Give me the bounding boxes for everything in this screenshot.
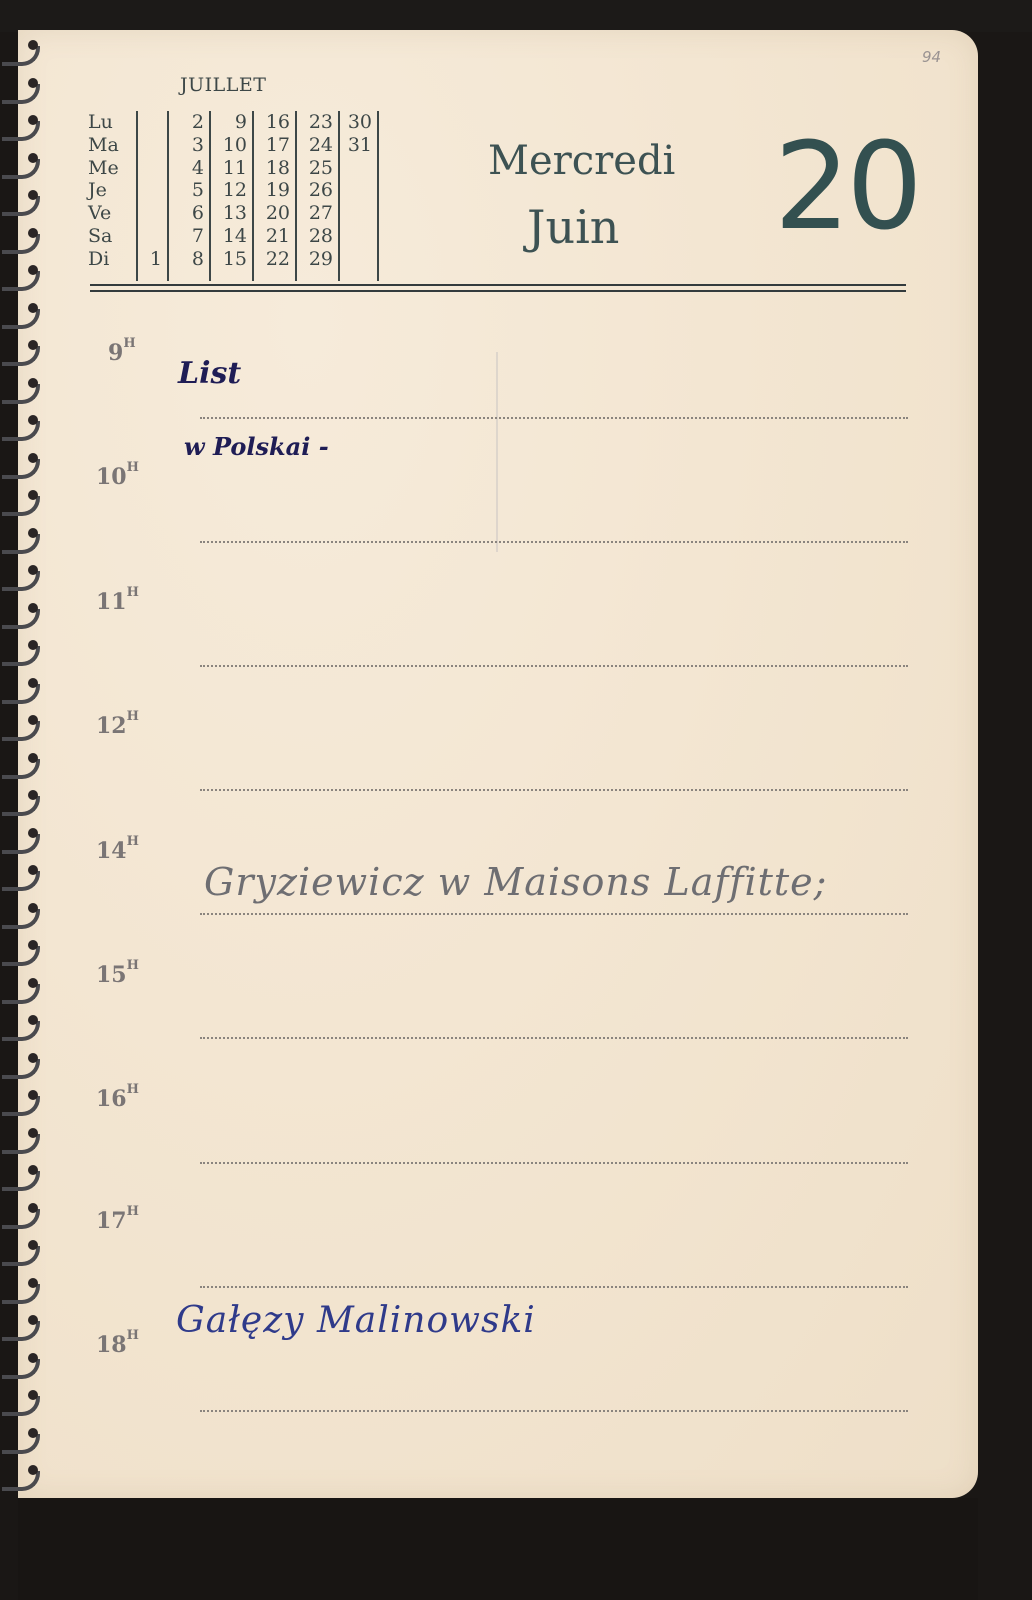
week-column: 30 31 — [340, 111, 377, 281]
spiral-coil — [2, 603, 42, 629]
weekday-label: Me — [88, 157, 136, 180]
day-cell — [138, 179, 162, 202]
day-cell: 7 — [169, 225, 204, 248]
spiral-coil — [2, 1128, 42, 1154]
day-cell — [340, 202, 372, 225]
handwritten-note-9h-line2: w Polskai - — [184, 432, 329, 461]
day-cell — [340, 225, 372, 248]
spiral-coil — [2, 228, 42, 254]
day-cell: 11 — [211, 157, 247, 180]
day-cell: 6 — [169, 202, 204, 225]
day-cell — [340, 179, 372, 202]
calendar-divider — [377, 111, 379, 281]
scan-background-bottom — [18, 1498, 978, 1600]
spiral-coil — [2, 828, 42, 854]
spiral-coil — [2, 1240, 42, 1266]
spiral-coil — [2, 1203, 42, 1229]
mini-calendar-grid: Lu Ma Me Je Ve Sa Di 1 2 3 4 5 6 7 8 — [88, 111, 379, 281]
week-column: 9 10 11 12 13 14 15 — [211, 111, 252, 281]
day-cell — [138, 157, 162, 180]
hour-label-11: 11H — [96, 589, 139, 615]
day-cell — [138, 134, 162, 157]
week-column: 16 17 18 19 20 21 22 — [254, 111, 295, 281]
spiral-binding — [0, 40, 46, 1500]
spiral-coil — [2, 340, 42, 366]
writing-line — [200, 417, 908, 419]
hour-label-15: 15H — [96, 962, 139, 988]
day-cell — [138, 225, 162, 248]
weekday-label: Je — [88, 179, 136, 202]
spiral-coil — [2, 565, 42, 591]
day-cell: 4 — [169, 157, 204, 180]
day-cell: 16 — [254, 111, 290, 134]
mini-calendar-month: JUILLET — [180, 74, 266, 96]
spiral-coil — [2, 1090, 42, 1116]
day-cell: 25 — [297, 157, 333, 180]
spiral-coil — [2, 1390, 42, 1416]
spiral-coil — [2, 303, 42, 329]
week-column: 23 24 25 26 27 28 29 — [297, 111, 338, 281]
spiral-coil — [2, 1053, 42, 1079]
day-cell: 17 — [254, 134, 290, 157]
weekday-label: Sa — [88, 225, 136, 248]
month-heading: Juin — [527, 200, 619, 254]
spiral-coil — [2, 1165, 42, 1191]
writing-line — [200, 541, 908, 543]
day-cell: 18 — [254, 157, 290, 180]
spiral-coil — [2, 678, 42, 704]
day-cell: 10 — [211, 134, 247, 157]
day-cell — [340, 248, 372, 271]
day-cell: 20 — [254, 202, 290, 225]
spiral-coil — [2, 415, 42, 441]
hour-label-18: 18H — [96, 1332, 139, 1358]
spiral-coil — [2, 153, 42, 179]
weekday-column: Lu Ma Me Je Ve Sa Di — [88, 111, 136, 281]
weekday-label: Ve — [88, 202, 136, 225]
spiral-coil — [2, 903, 42, 929]
handwritten-note-14h: Gryziewicz w Maisons Laffitte; — [204, 860, 827, 904]
bleed-through-line — [496, 352, 498, 552]
header-rule — [90, 290, 906, 292]
day-cell — [138, 202, 162, 225]
weekday-label: Di — [88, 248, 136, 271]
spiral-coil — [2, 753, 42, 779]
spiral-coil — [2, 378, 42, 404]
week-column: 2 3 4 5 6 7 8 — [169, 111, 209, 281]
spiral-coil — [2, 78, 42, 104]
day-cell: 22 — [254, 248, 290, 271]
spiral-coil — [2, 978, 42, 1004]
spiral-coil — [2, 490, 42, 516]
spiral-coil — [2, 40, 42, 66]
writing-line — [200, 1286, 908, 1288]
spiral-coil — [2, 1015, 42, 1041]
spiral-coil — [2, 453, 42, 479]
day-cell: 30 — [340, 111, 372, 134]
hour-label-10: 10H — [96, 464, 139, 490]
hour-label-14: 14H — [96, 838, 139, 864]
spiral-coil — [2, 115, 42, 141]
spiral-coil — [2, 1353, 42, 1379]
day-cell: 23 — [297, 111, 333, 134]
spiral-coil — [2, 1278, 42, 1304]
day-number: 20 — [774, 118, 919, 258]
day-cell: 9 — [211, 111, 247, 134]
day-cell: 31 — [340, 134, 372, 157]
day-cell: 26 — [297, 179, 333, 202]
writing-line — [200, 1410, 908, 1412]
day-cell — [340, 157, 372, 180]
handwritten-note-9h-line1: List — [178, 356, 241, 391]
page-number: 94 — [922, 48, 941, 66]
spiral-coil — [2, 190, 42, 216]
spiral-coil — [2, 865, 42, 891]
hour-label-17: 17H — [96, 1208, 139, 1234]
day-cell: 13 — [211, 202, 247, 225]
writing-line — [200, 665, 908, 667]
spiral-coil — [2, 715, 42, 741]
day-cell: 8 — [169, 248, 204, 271]
writing-line — [200, 789, 908, 791]
day-cell: 28 — [297, 225, 333, 248]
header-rule — [90, 284, 906, 286]
spiral-coil — [2, 640, 42, 666]
day-cell: 3 — [169, 134, 204, 157]
day-cell: 14 — [211, 225, 247, 248]
spiral-coil — [2, 790, 42, 816]
day-cell: 21 — [254, 225, 290, 248]
day-cell: 12 — [211, 179, 247, 202]
day-cell: 5 — [169, 179, 204, 202]
day-cell: 27 — [297, 202, 333, 225]
handwritten-note-18h: Gałęzy Malinowski — [176, 1300, 536, 1341]
hour-label-12: 12H — [96, 713, 139, 739]
day-cell: 1 — [138, 248, 162, 271]
hour-label-9: 9H — [108, 340, 136, 366]
spiral-coil — [2, 940, 42, 966]
spiral-coil — [2, 528, 42, 554]
writing-line — [200, 1162, 908, 1164]
hour-label-16: 16H — [96, 1086, 139, 1112]
day-cell — [138, 111, 162, 134]
weekday-heading: Mercredi — [488, 138, 675, 184]
day-cell: 24 — [297, 134, 333, 157]
day-cell: 2 — [169, 111, 204, 134]
weekday-label: Lu — [88, 111, 136, 134]
weekday-label: Ma — [88, 134, 136, 157]
spiral-coil — [2, 1465, 42, 1491]
day-cell: 19 — [254, 179, 290, 202]
spiral-coil — [2, 1428, 42, 1454]
day-cell: 15 — [211, 248, 247, 271]
writing-line — [200, 913, 908, 915]
week-column: 1 — [138, 111, 167, 281]
spiral-coil — [2, 1315, 42, 1341]
spiral-coil — [2, 265, 42, 291]
writing-line — [200, 1037, 908, 1039]
day-cell: 29 — [297, 248, 333, 271]
scan-background-top — [0, 0, 1032, 32]
